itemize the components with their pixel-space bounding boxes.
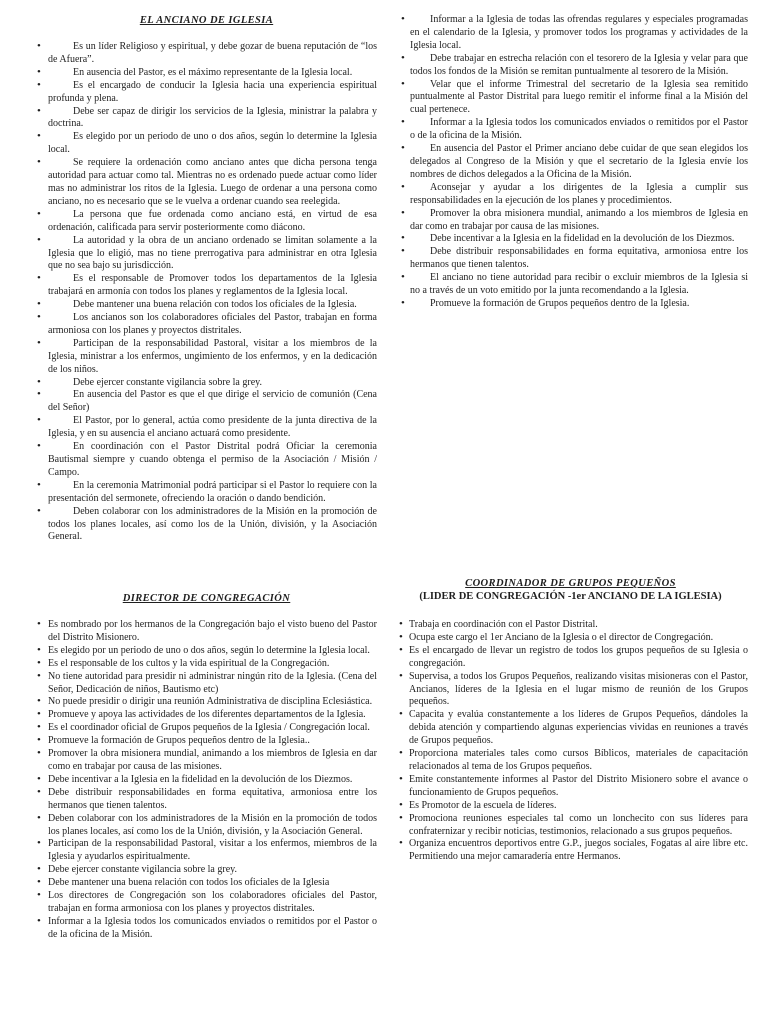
bullet-icon: •: [37, 670, 41, 683]
bullet-icon: •: [401, 181, 405, 194]
list-item: • En la ceremonia Matrimonial podrá part…: [36, 480, 377, 506]
list-item: • Velar que el informe Trimestral del se…: [393, 79, 748, 118]
bullet-icon: •: [37, 876, 41, 889]
bullet-icon: •: [399, 837, 403, 850]
list-item-text: En ausencia del Pastor es que el que dir…: [48, 389, 377, 415]
bullet-list-director: • Es nombrado por los hermanos de la Con…: [36, 619, 377, 942]
bullet-list-anciano: • Es un líder Religioso y espiritual, y …: [36, 41, 377, 544]
list-item: • El Pastor, por lo general, actúa como …: [36, 415, 377, 441]
bullet-icon: •: [37, 644, 41, 657]
list-item-text: No tiene autoridad para presidir ni admi…: [48, 671, 377, 697]
list-item: • Es elegido por un periodo de uno o dos…: [36, 645, 377, 658]
list-item: • Es nombrado por los hermanos de la Con…: [36, 619, 377, 645]
list-item: • En ausencia del Pastor el Primer ancia…: [393, 143, 748, 182]
list-item-text: Aconsejar y ayudar a los dirigentes de l…: [410, 182, 748, 208]
list-item-text: En coordinación con el Pastor Distrital …: [48, 441, 377, 480]
list-item-text: Promover la obra misionera mundial, anim…: [410, 208, 748, 234]
list-item-text: Participan de la responsabilidad Pastora…: [48, 338, 377, 377]
list-item-text: Los directores de Congregación son los c…: [48, 890, 377, 916]
bullet-icon: •: [401, 207, 405, 220]
list-item-text: Informar a la Iglesia todos los comunica…: [48, 916, 377, 942]
bullet-icon: •: [399, 799, 403, 812]
bullet-list-anciano-continued: • Informar a la Iglesia de todas las ofr…: [393, 14, 748, 311]
bullet-icon: •: [37, 414, 41, 427]
list-item: • Proporciona materiales tales como curs…: [393, 748, 748, 774]
bullet-icon: •: [37, 337, 41, 350]
bullet-icon: •: [37, 66, 41, 79]
bullet-icon: •: [37, 708, 41, 721]
bullet-icon: •: [37, 734, 41, 747]
list-item-text: Debe trabajar en estrecha relación con e…: [410, 53, 748, 79]
section-anciano: EL ANCIANO DE IGLESIA • Es un líder Reli…: [36, 14, 377, 544]
list-item-text: Debe mantener una buena relación con tod…: [48, 877, 377, 890]
list-item-text: En la ceremonia Matrimonial podrá partic…: [48, 480, 377, 506]
list-item: • Es el encargado de llevar un registro …: [393, 645, 748, 671]
list-item-text: Es nombrado por los hermanos de la Congr…: [48, 619, 377, 645]
list-item-text: Ocupa este cargo el 1er Anciano de la Ig…: [409, 632, 748, 645]
bullet-icon: •: [37, 773, 41, 786]
list-item-text: El Pastor, por lo general, actúa como pr…: [48, 415, 377, 441]
bullet-icon: •: [37, 837, 41, 850]
list-item: • Informar a la Iglesia todos los comuni…: [36, 916, 377, 942]
bullet-icon: •: [37, 812, 41, 825]
list-item-text: Deben colaborar con los administradores …: [48, 813, 377, 839]
list-item-text: Proporciona materiales tales como cursos…: [409, 748, 748, 774]
list-item-text: Velar que el informe Trimestral del secr…: [410, 79, 748, 118]
list-item: • Debe distribuir responsabilidades en f…: [393, 246, 748, 272]
bullet-icon: •: [37, 915, 41, 928]
section-title-director: DIRECTOR DE CONGREGACIÓN: [36, 592, 377, 605]
list-item-text: Organiza encuentros deportivos entre G.P…: [409, 838, 748, 864]
bullet-icon: •: [37, 272, 41, 285]
list-item-text: Los ancianos son los colaboradores ofici…: [48, 312, 377, 338]
list-item-text: Es el encargado de conducir la Iglesia h…: [48, 80, 377, 106]
list-item: • En ausencia del Pastor es que el que d…: [36, 389, 377, 415]
bullet-icon: •: [37, 479, 41, 492]
bullet-icon: •: [37, 786, 41, 799]
bullet-list-coordinador: • Trabaja en coordinación con el Pastor …: [393, 619, 748, 864]
list-item-text: Debe ejercer constante vigilancia sobre …: [48, 377, 377, 390]
list-item-text: Es un líder Religioso y espiritual, y de…: [48, 41, 377, 67]
bullet-icon: •: [37, 657, 41, 670]
bullet-icon: •: [399, 812, 403, 825]
list-item: • Informar a la Iglesia de todas las ofr…: [393, 14, 748, 53]
section-subtitle-coordinador: (LIDER DE CONGREGACIÓN -1er ANCIANO DE L…: [393, 590, 748, 603]
list-item: • La persona que fue ordenada como ancia…: [36, 209, 377, 235]
list-item: • Capacita y evalúa constantemente a los…: [393, 709, 748, 748]
list-item: • Participan de la responsabilidad Pasto…: [36, 338, 377, 377]
bullet-icon: •: [37, 79, 41, 92]
list-item: • Ocupa este cargo el 1er Anciano de la …: [393, 632, 748, 645]
list-item: • Es un líder Religioso y espiritual, y …: [36, 41, 377, 67]
list-item: • La autoridad y la obra de un anciano o…: [36, 235, 377, 274]
list-item: • Trabaja en coordinación con el Pastor …: [393, 619, 748, 632]
bullet-icon: •: [37, 695, 41, 708]
list-item: • No puede presidir o dirigir una reunió…: [36, 696, 377, 709]
bullet-icon: •: [399, 618, 403, 631]
list-item: • Es el encargado de conducir la Iglesia…: [36, 80, 377, 106]
bullet-icon: •: [37, 618, 41, 631]
list-item: • El anciano no tiene autoridad para rec…: [393, 272, 748, 298]
bullet-icon: •: [37, 721, 41, 734]
bullet-icon: •: [399, 631, 403, 644]
list-item-text: No puede presidir o dirigir una reunión …: [48, 696, 377, 709]
list-item-text: En ausencia del Pastor, es el máximo rep…: [48, 67, 377, 80]
section-title-anciano: EL ANCIANO DE IGLESIA: [36, 14, 377, 27]
list-item-text: Debe incentivar a la Iglesia en la fidel…: [410, 233, 748, 246]
list-item-text: Supervisa, a todos los Grupos Pequeños, …: [409, 671, 748, 710]
list-item: • Aconsejar y ayudar a los dirigentes de…: [393, 182, 748, 208]
list-item-text: Deben colaborar con los administradores …: [48, 506, 377, 545]
list-item: • Promover la obra misionera mundial, an…: [393, 208, 748, 234]
list-item: • Debe trabajar en estrecha relación con…: [393, 53, 748, 79]
list-item-text: Capacita y evalúa constantemente a los l…: [409, 709, 748, 748]
list-item: • Debe ejercer constante vigilancia sobr…: [36, 377, 377, 390]
list-item-text: Promueve y apoya las actividades de los …: [48, 709, 377, 722]
bullet-icon: •: [401, 245, 405, 258]
bullet-icon: •: [401, 232, 405, 245]
list-item-text: Es elegido por un periodo de uno o dos a…: [48, 645, 377, 658]
list-item-text: Debe ejercer constante vigilancia sobre …: [48, 864, 377, 877]
bullet-icon: •: [37, 208, 41, 221]
list-item: • Debe incentivar a la Iglesia en la fid…: [393, 233, 748, 246]
list-item-text: Debe mantener una buena relación con tod…: [48, 299, 377, 312]
bullet-icon: •: [37, 440, 41, 453]
bullet-icon: •: [37, 156, 41, 169]
bullet-icon: •: [37, 388, 41, 401]
list-item-text: Informar a la Iglesia de todas las ofren…: [410, 14, 748, 53]
list-item-text: Participan de la responsabilidad Pastora…: [48, 838, 377, 864]
section-title-coordinador: COORDINADOR DE GRUPOS PEQUEÑOS: [393, 577, 748, 590]
list-item-text: Debe distribuir responsabilidades en for…: [410, 246, 748, 272]
bullet-icon: •: [401, 52, 405, 65]
bullet-icon: •: [37, 130, 41, 143]
list-item: • Promociona reuniones especiales tal co…: [393, 813, 748, 839]
list-item-text: Promover la obra misionera mundial, anim…: [48, 748, 377, 774]
list-item-text: Es Promotor de la escuela de líderes.: [409, 800, 748, 813]
bullet-icon: •: [401, 297, 405, 310]
bullet-icon: •: [399, 670, 403, 683]
list-item-text: Es el coordinador oficial de Grupos pequ…: [48, 722, 377, 735]
list-item-text: Se requiere la ordenación como anciano a…: [48, 157, 377, 209]
bullet-icon: •: [401, 271, 405, 284]
list-item: • Debe distribuir responsabilidades en f…: [36, 787, 377, 813]
list-item: • Deben colaborar con los administradore…: [36, 506, 377, 545]
bullet-icon: •: [37, 298, 41, 311]
list-item: • Organiza encuentros deportivos entre G…: [393, 838, 748, 864]
list-item: • Promueve y apoya las actividades de lo…: [36, 709, 377, 722]
bullet-icon: •: [37, 105, 41, 118]
list-item: • Emite constantemente informes al Pasto…: [393, 774, 748, 800]
list-item-text: La autoridad y la obra de un anciano ord…: [48, 235, 377, 274]
list-item-text: Promociona reuniones especiales tal como…: [409, 813, 748, 839]
list-item-text: Trabaja en coordinación con el Pastor Di…: [409, 619, 748, 632]
list-item: • Se requiere la ordenación como anciano…: [36, 157, 377, 209]
list-item: • Los ancianos son los colaboradores ofi…: [36, 312, 377, 338]
bullet-icon: •: [37, 863, 41, 876]
bullet-icon: •: [399, 747, 403, 760]
list-item: • Debe incentivar a la Iglesia en la fid…: [36, 774, 377, 787]
list-item: • Es el responsable de los cultos y la v…: [36, 658, 377, 671]
list-item: • Promueve la formación de Grupos pequeñ…: [393, 298, 748, 311]
list-item-text: La persona que fue ordenada como anciano…: [48, 209, 377, 235]
list-item-text: Es el encargado de llevar un registro de…: [409, 645, 748, 671]
list-item-text: En ausencia del Pastor el Primer anciano…: [410, 143, 748, 182]
section-director: DIRECTOR DE CONGREGACIÓN • Es nombrado p…: [36, 592, 377, 942]
list-item-text: Emite constantemente informes al Pastor …: [409, 774, 748, 800]
list-item: • Promover la obra misionera mundial, an…: [36, 748, 377, 774]
bullet-icon: •: [37, 747, 41, 760]
list-item-text: Es el responsable de los cultos y la vid…: [48, 658, 377, 671]
section-coordinador: COORDINADOR DE GRUPOS PEQUEÑOS (LIDER DE…: [393, 577, 748, 864]
list-item-text: Debe ser capaz de dirigir los servicios …: [48, 106, 377, 132]
bullet-icon: •: [401, 13, 405, 26]
bullet-icon: •: [37, 40, 41, 53]
list-item-text: El anciano no tiene autoridad para recib…: [410, 272, 748, 298]
bullet-icon: •: [401, 142, 405, 155]
bullet-icon: •: [399, 644, 403, 657]
bullet-icon: •: [37, 376, 41, 389]
list-item-text: Debe incentivar a la Iglesia en la fidel…: [48, 774, 377, 787]
bullet-icon: •: [37, 234, 41, 247]
list-item: • Es Promotor de la escuela de líderes.: [393, 800, 748, 813]
bullet-icon: •: [37, 889, 41, 902]
list-item: • Informar a la Iglesia todos los comuni…: [393, 117, 748, 143]
list-item: • Promueve la formación de Grupos pequeñ…: [36, 735, 377, 748]
list-item: • No tiene autoridad para presidir ni ad…: [36, 671, 377, 697]
list-item-text: Promueve la formación de Grupos pequeños…: [410, 298, 748, 311]
list-item: • En ausencia del Pastor, es el máximo r…: [36, 67, 377, 80]
bullet-icon: •: [401, 78, 405, 91]
list-item: • Deben colaborar con los administradore…: [36, 813, 377, 839]
list-item: • Debe ser capaz de dirigir los servicio…: [36, 106, 377, 132]
document-page: EL ANCIANO DE IGLESIA • Es un líder Reli…: [0, 0, 768, 1024]
list-item: • Es el responsable de Promover todos lo…: [36, 273, 377, 299]
list-item-text: Promueve la formación de Grupos pequeños…: [48, 735, 377, 748]
bullet-icon: •: [399, 708, 403, 721]
list-item: • Participan de la responsabilidad Pasto…: [36, 838, 377, 864]
list-item-text: Informar a la Iglesia todos los comunica…: [410, 117, 748, 143]
list-item: • Debe ejercer constante vigilancia sobr…: [36, 864, 377, 877]
section-anciano-continued: • Informar a la Iglesia de todas las ofr…: [393, 14, 748, 311]
list-item-text: Es el responsable de Promover todos los …: [48, 273, 377, 299]
list-item: • En coordinación con el Pastor Distrita…: [36, 441, 377, 480]
list-item: • Es elegido por un periodo de uno o dos…: [36, 131, 377, 157]
list-item: • Debe mantener una buena relación con t…: [36, 299, 377, 312]
list-item-text: Debe distribuir responsabilidades en for…: [48, 787, 377, 813]
list-item: • Los directores de Congregación son los…: [36, 890, 377, 916]
list-item: • Es el coordinador oficial de Grupos pe…: [36, 722, 377, 735]
bullet-icon: •: [401, 116, 405, 129]
list-item-text: Es elegido por un periodo de uno o dos a…: [48, 131, 377, 157]
list-item: • Debe mantener una buena relación con t…: [36, 877, 377, 890]
bullet-icon: •: [37, 311, 41, 324]
bullet-icon: •: [399, 773, 403, 786]
list-item: • Supervisa, a todos los Grupos Pequeños…: [393, 671, 748, 710]
bullet-icon: •: [37, 505, 41, 518]
